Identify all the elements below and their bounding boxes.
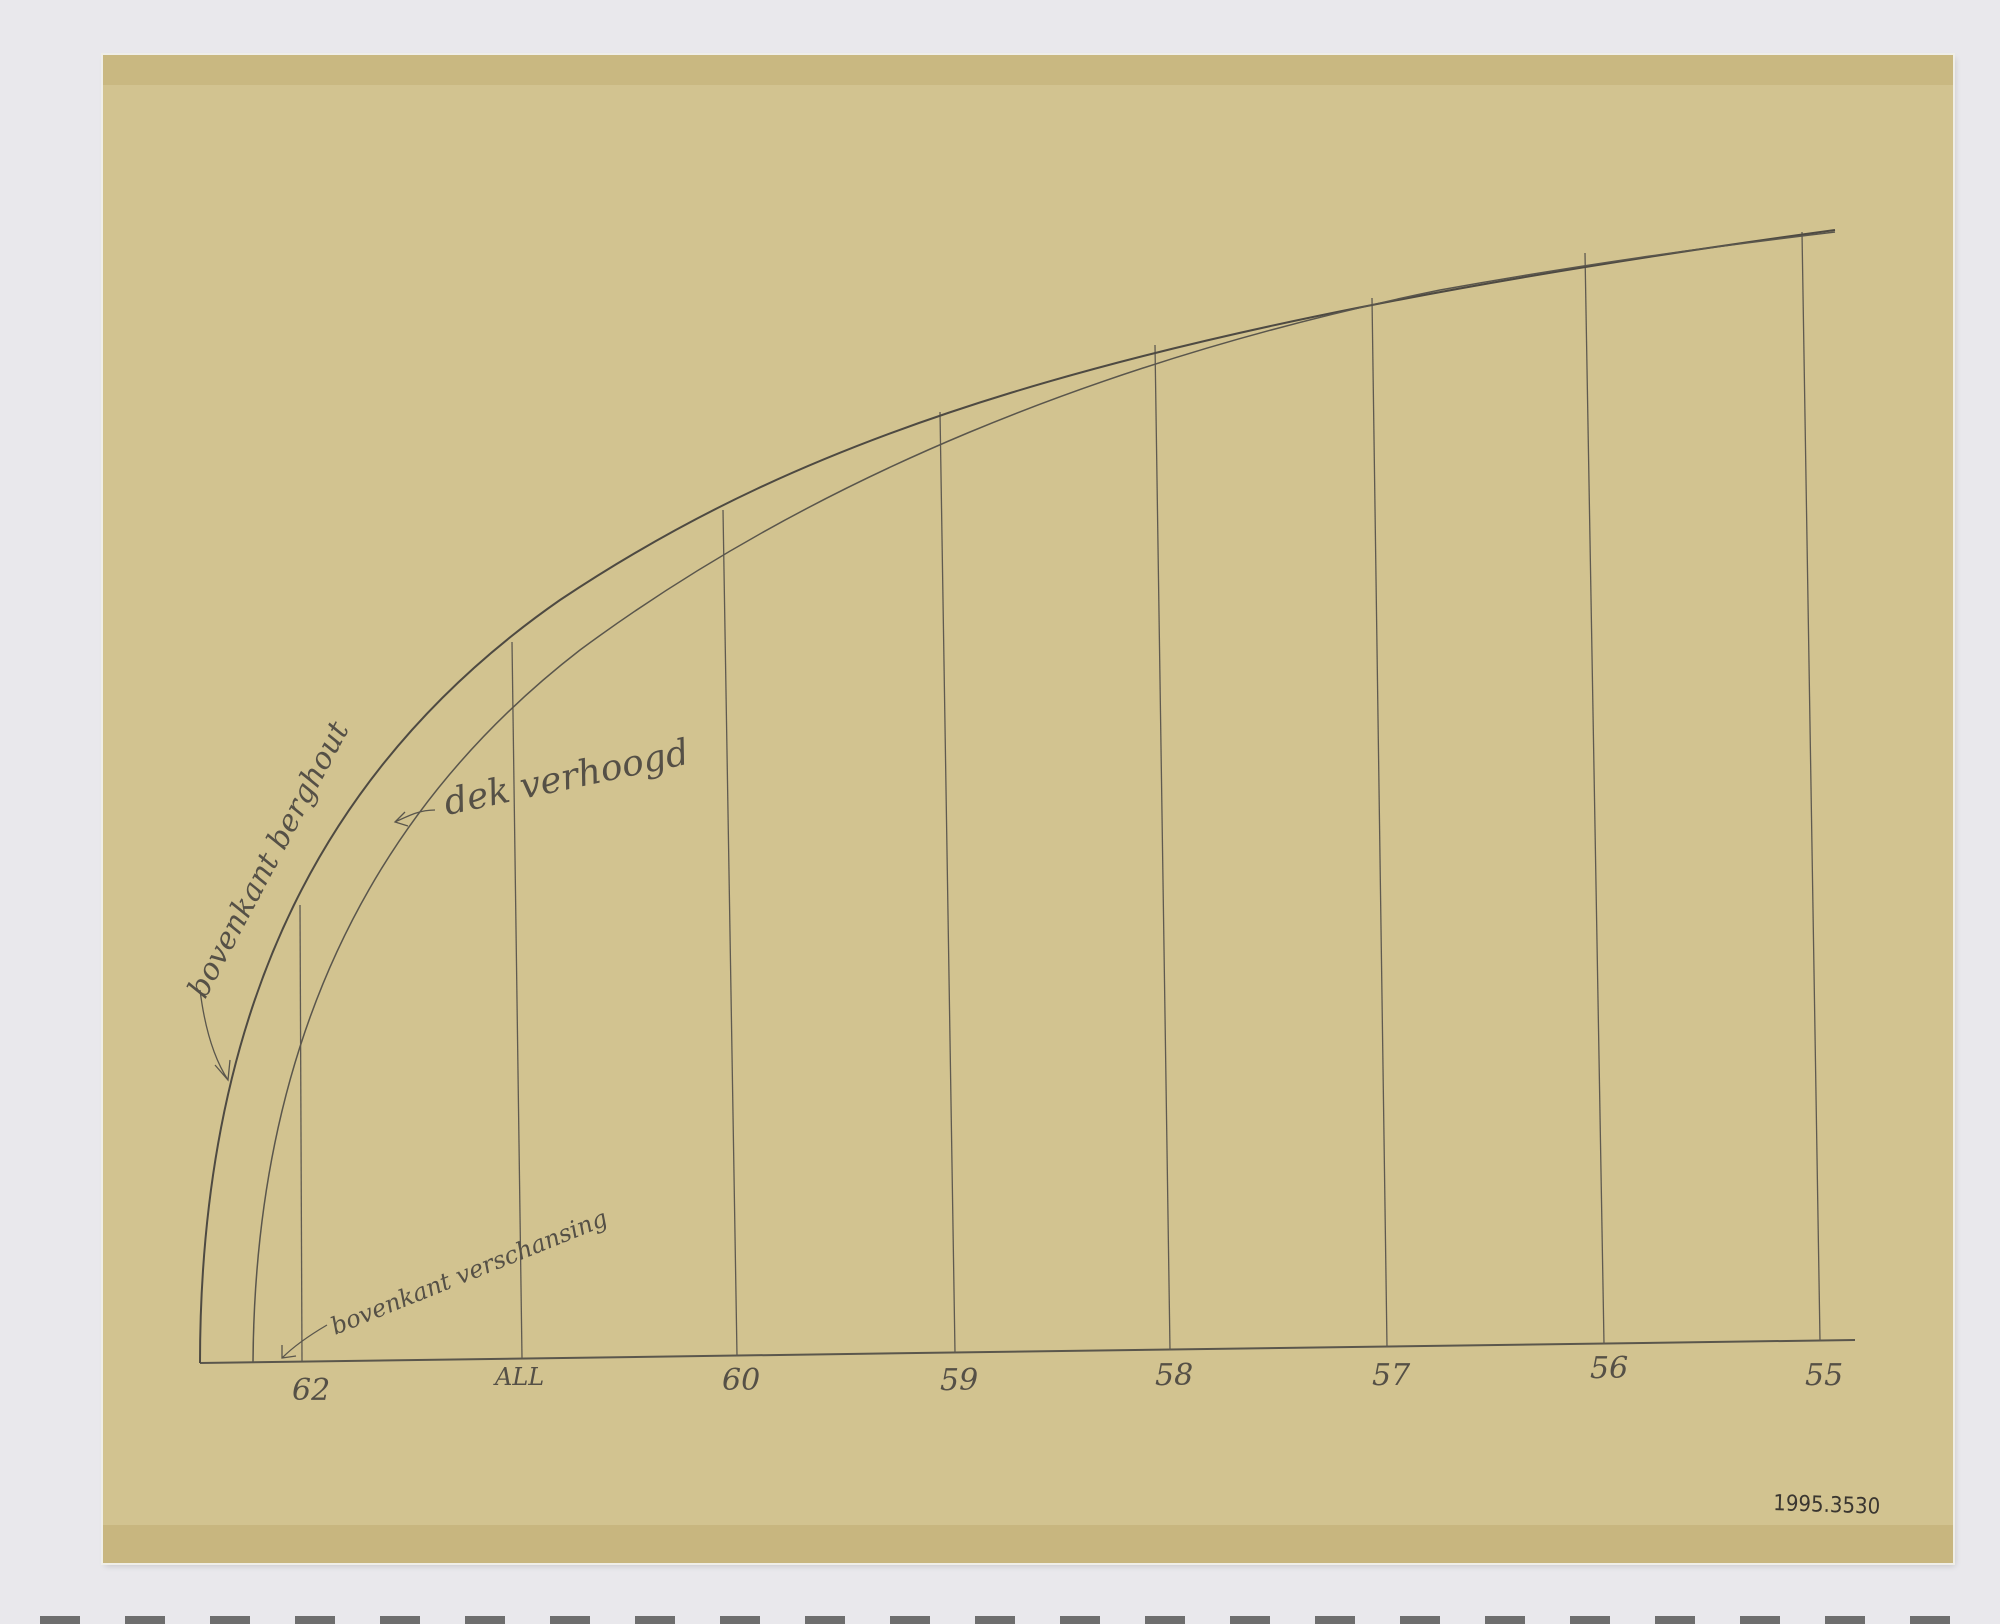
station-label: ALL <box>493 1363 544 1391</box>
sheer-curve-drawing: bovenkant berghout dek verhoogd bovenkan… <box>0 0 2000 1624</box>
label-bovenkant-verschansing: bovenkant verschansing <box>327 1204 612 1341</box>
station-label: 60 <box>722 1363 760 1398</box>
catalog-number: 1995.3530 <box>1773 1491 1881 1520</box>
station-label: 59 <box>940 1363 978 1398</box>
station-label: 56 <box>1590 1351 1628 1386</box>
arrow-berghout-icon <box>200 990 230 1080</box>
station-label: 57 <box>1372 1358 1411 1393</box>
arrow-verschansing-icon <box>282 1325 327 1358</box>
station-label: 62 <box>292 1373 330 1408</box>
scanner-edge-strip <box>0 1612 2000 1624</box>
station-labels: 62 ALL 60 59 58 57 56 55 <box>292 1351 1843 1408</box>
station-label: 55 <box>1805 1358 1843 1393</box>
label-dek-verhoogd: dek verhoogd <box>440 732 692 824</box>
station-label: 58 <box>1155 1358 1193 1393</box>
